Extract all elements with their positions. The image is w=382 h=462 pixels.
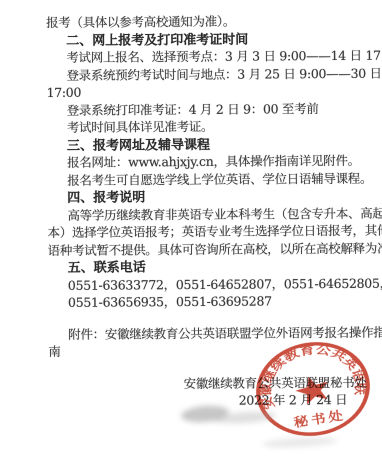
text-line: 登录系统预约考试时间与地点：3 月 25 日 9:00——30 日 (46, 64, 382, 84)
text-line: 报名网址：www.ahjxjy.cn，具体操作指南详见附件。 (47, 152, 382, 172)
text-line: 报名考生可自愿选学线上学位英语、学位日语辅导课程。 (47, 169, 382, 189)
text-line: 0551-63633772，0551-64652807，0551-6465280… (48, 274, 382, 294)
scanned-document-page: 报考（具体以参考高校通知为准）。二、网上报考及打印准考证时间考试网上报名、选择预… (0, 0, 382, 462)
text-line: 考试网上报名、选择预考点：3 月 3 日 9:00——14 日 17:00 (46, 47, 382, 67)
official-seal: 安徽继续教育公共英语联盟 秘书处 (246, 331, 380, 447)
seal-star-icon (292, 372, 333, 406)
text-line: 语种考试暂不提供。具体可咨询所在高校，以所在高校解释为准。 (48, 239, 382, 259)
text-line: 本）选择学位英语报考；英语专业考生选择学位日语报考，其他 (47, 222, 382, 242)
